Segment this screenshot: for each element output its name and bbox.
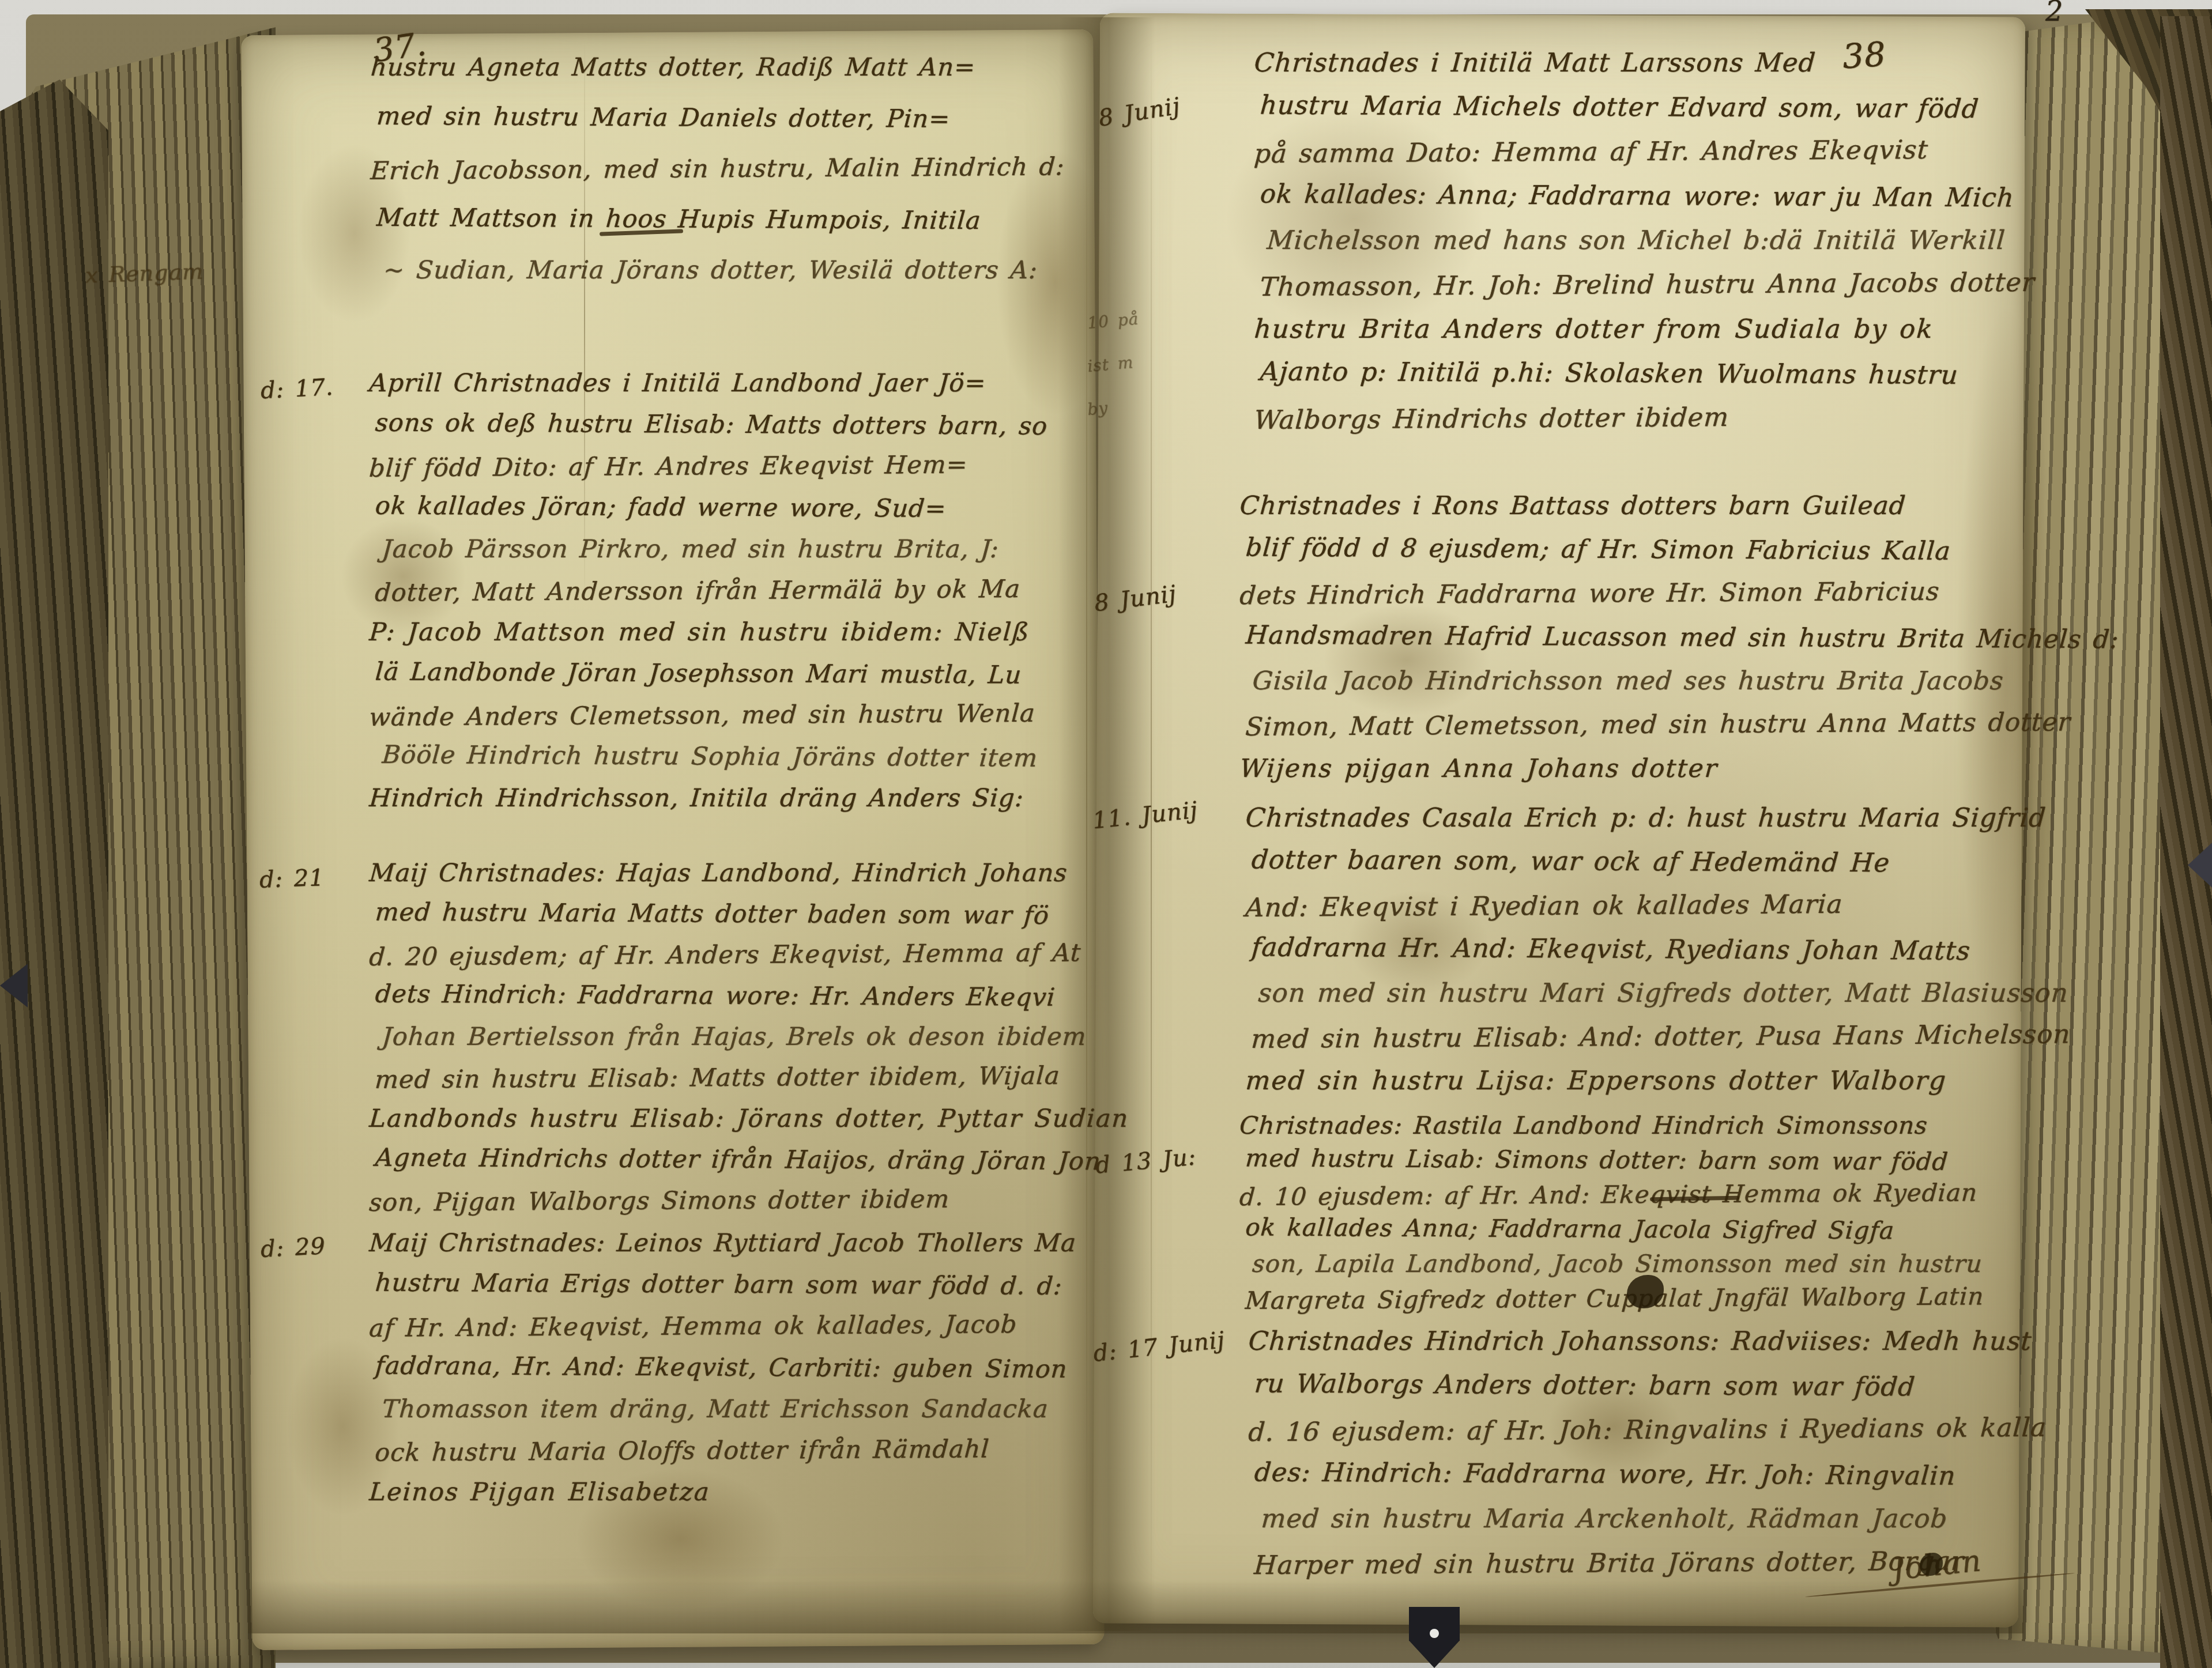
text-line: Christnades i Initilä Matt Larssons Med <box>1252 47 2025 92</box>
entry-date-margin: d: 21 <box>259 865 325 893</box>
left-cover-board <box>0 80 108 1668</box>
text-line: hustru Agneta Matts dotter, Radiß Matt A… <box>368 53 1104 104</box>
text-line: Aprill Christnades i Initilä Landbond Ja… <box>367 369 1103 410</box>
left-margin-note: x Rengam <box>85 258 204 288</box>
text-line: Thomasson, Hr. Joh: Brelind hustru Anna … <box>1258 267 2025 316</box>
entry-date-margin: d: 29 <box>260 1233 326 1263</box>
entry-date-margin: d: 17. <box>260 374 334 405</box>
text-line: des: Hindrich: Faddrarna wore, Hr. Joh: … <box>1252 1457 2025 1505</box>
text-line: ok kallades Anna; Faddrarna Jacola Sigfr… <box>1244 1213 2025 1251</box>
text-line: Christnades i Rons Battass dotters barn … <box>1238 491 2025 535</box>
text-line: Erich Jacobsson, med sin hustru, Malin H… <box>368 152 1104 207</box>
text-line: d. 10 ejusdem: af Hr. And: Ekeqvist Hemm… <box>1238 1178 2025 1217</box>
text-line: son, Pijgan Walborgs Simons dotter ibide… <box>367 1184 1103 1229</box>
text-line: Agneta Hindrichs dotter ifrån Haijos, dr… <box>374 1144 1104 1188</box>
baptism-entry: Maij Christnades: Leinos Ryttiard Jacob … <box>369 1229 1102 1519</box>
text-line: med sin hustru Maria Daniels dotter, Pin… <box>374 102 1104 157</box>
text-line: sons ok deß hustru Elisab: Matts dotters… <box>374 409 1104 454</box>
text-line: ru Walborgs Anders dotter: barn som war … <box>1252 1368 2025 1417</box>
text-line: blif född d 8 ejusdem; af Hr. Simon Fabr… <box>1243 533 2025 580</box>
text-line: blif född Dito: af Hr. Andres Ekeqvist H… <box>367 450 1103 496</box>
text-line: P: Jacob Mattson med sin hustru ibidem: … <box>367 618 1103 659</box>
text-line: Simon, Matt Clemetsson, med sin hustru A… <box>1243 708 2025 756</box>
text-line: med hustru Maria Matts dotter baden som … <box>374 898 1104 943</box>
text-line: lä Landbonde Jöran Josephsson Mari mustl… <box>374 658 1104 703</box>
text-line: by <box>1087 395 1141 443</box>
text-line: ~ Sudian, Maria Jörans dotter, Wesilä do… <box>381 256 1104 307</box>
text-line: med sin hustru Elisab: And: dotter, Pusa… <box>1249 1019 2025 1067</box>
clasp-hole <box>1430 1629 1439 1638</box>
text-line: Handsmadren Hafrid Lucasson med sin hust… <box>1243 620 2025 668</box>
text-line: Wijens pijgan Anna Johans dotter <box>1238 754 2025 798</box>
text-line: med sin hustru Lijsa: Eppersons dotter W… <box>1243 1065 2025 1109</box>
text-line: Christnades: Rastila Landbond Hindrich S… <box>1238 1111 2025 1146</box>
text-line: 10 på <box>1087 309 1141 356</box>
text-line: faddrana, Hr. And: Ekeqvist, Carbriti: g… <box>374 1352 1104 1397</box>
text-line: d. 16 ejusdem: af Hr. Joh: Ringvalins i … <box>1246 1412 2025 1461</box>
text-line: med sin hustru Maria Arckenholt, Rädman … <box>1259 1503 2025 1548</box>
text-line: Christnades Hindrich Johanssons: Radviis… <box>1246 1326 2025 1370</box>
manuscript-photo: 37. 38 2 x Rengam hustru Agneta Matts do… <box>0 0 2212 1668</box>
text-line: Maij Christnades: Hajas Landbond, Hindri… <box>368 859 1104 900</box>
text-line: Landbonds hustru Elisab: Jörans dotter, … <box>368 1104 1104 1145</box>
baptism-entry: Christnades Casala Erich p: d: hust hust… <box>1245 802 2023 1109</box>
text-line: Maij Christnades: Leinos Ryttiard Jacob … <box>367 1229 1103 1270</box>
text-line: Matt Mattson in hoos Hupis Humpois, Init… <box>374 203 1104 258</box>
baptism-entry: Christnades i Rons Battass dotters barn … <box>1239 491 2023 798</box>
text-line: Walborgs Hindrichs dotter ibidem <box>1252 400 2025 449</box>
baptism-entry: Christnades i Initilä Matt Larssons Medh… <box>1254 47 2023 447</box>
text-line: af Hr. And: Ekeqvist, Hemma ok kallades,… <box>367 1310 1103 1356</box>
text-line: Christnades Casala Erich p: d: hust hust… <box>1243 802 2025 846</box>
text-line: Jacob Pärsson Pirkro, med sin hustru Bri… <box>380 535 1103 576</box>
text-line: dets Hindrich Faddrarna wore Hr. Simon F… <box>1238 576 2025 625</box>
baptism-entry: Aprill Christnades i Initilä Landbond Ja… <box>369 369 1102 825</box>
stray-ink-mark: 2 <box>2045 0 2064 28</box>
text-line: wände Anders Clemetsson, med sin hustru … <box>367 699 1103 745</box>
text-line: Ajanto p: Initilä p.hi: Skolasken Wuolma… <box>1258 356 2025 405</box>
text-line: ok kallades: Anna; Faddrarna wore: war j… <box>1258 179 2025 227</box>
text-line: Hindrich Hindrichsson, Initila dräng And… <box>367 784 1103 825</box>
left-page-intro-block: hustru Agneta Matts dotter, Radiß Matt A… <box>370 53 1102 307</box>
text-line: Thomasson item dräng, Matt Erichsson San… <box>380 1395 1103 1436</box>
text-line: ok kallades Jöran; fadd werne wore, Sud= <box>374 492 1104 537</box>
text-line: Michelsson med hans son Michel b:dä Init… <box>1265 225 2025 269</box>
right-cover-board <box>2160 16 2212 1668</box>
text-line: ist m <box>1087 352 1141 399</box>
text-line: dets Hindrich: Faddrarna wore: Hr. Ander… <box>374 980 1104 1025</box>
text-line: Johan Bertielsson från Hajas, Brels ok d… <box>380 1022 1104 1063</box>
text-line: hustru Maria Erigs dotter barn som war f… <box>374 1269 1104 1314</box>
text-line: dotter, Matt Andersson ifrån Hermälä by … <box>373 574 1103 620</box>
text-line: Gisila Jacob Hindrichsson med ses hustru… <box>1250 666 2025 710</box>
text-line: dotter baaren som, war ock af Hedemänd H… <box>1249 844 2025 892</box>
text-line: d. 20 ejusdem; af Hr. Anders Ekeqvist, H… <box>367 938 1103 984</box>
right-margin-side-notes: 10 påist mby <box>1088 311 1140 441</box>
text-line: hustru Maria Michels dotter Edvard som, … <box>1258 90 2025 138</box>
text-line: ock hustru Maria Oloffs dotter ifrån Räm… <box>373 1434 1103 1480</box>
text-line: hustru Brita Anders dotter from Sudiala … <box>1252 314 2025 358</box>
text-line: med hustru Lisab: Simons dotter: barn so… <box>1244 1144 2025 1182</box>
text-line: Bööle Hindrich hustru Sophia Jöräns dott… <box>380 741 1104 786</box>
text-line: And: Ekeqvist i Ryedian ok kallades Mari… <box>1243 888 2025 936</box>
text-line: faddrarna Hr. And: Ekeqvist, Ryedians Jo… <box>1249 931 2025 979</box>
text-line: son med sin hustru Mari Sigfreds dotter,… <box>1256 978 2025 1021</box>
text-line: på samma Dato: Hemma af Hr. Andres Ekeqv… <box>1252 134 2025 183</box>
text-line: med sin hustru Elisab: Matts dotter ibid… <box>373 1061 1103 1107</box>
text-line: Leinos Pijgan Elisabetza <box>367 1478 1103 1519</box>
baptism-entry: Maij Christnades: Hajas Landbond, Hindri… <box>369 859 1102 1227</box>
